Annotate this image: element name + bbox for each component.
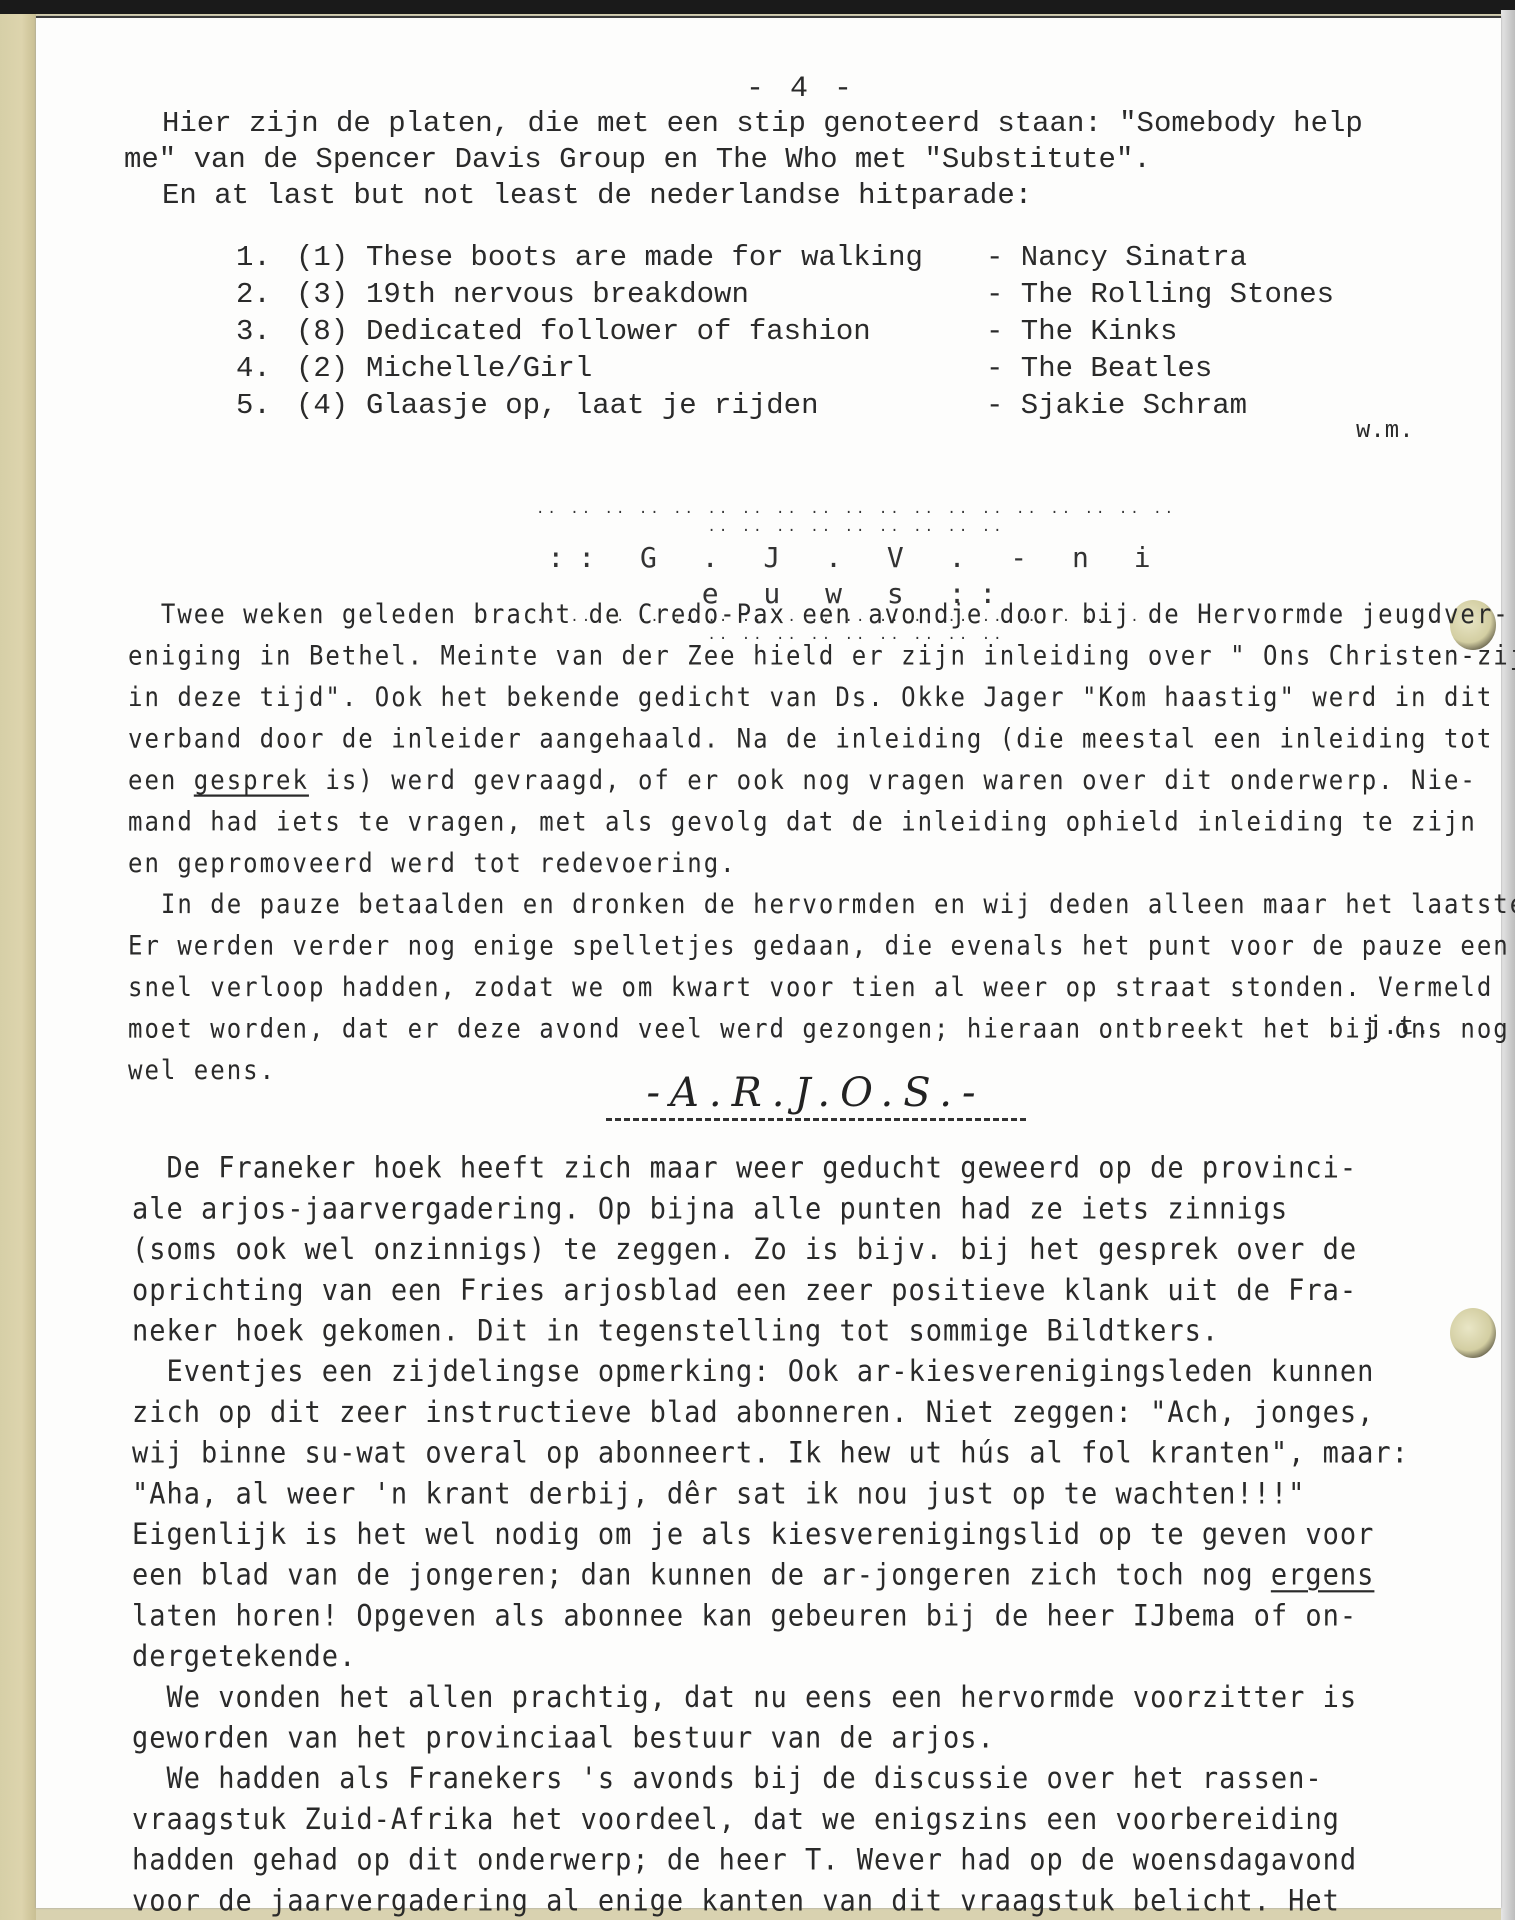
scan-top-edge (0, 0, 1515, 14)
article-line: moet worden, dat er deze avond veel werd… (128, 1008, 1508, 1049)
intro-line: me" van de Spencer Davis Group en The Wh… (124, 142, 1484, 178)
article-line: Twee weken geleden bracht de Credo-Pax e… (128, 594, 1508, 635)
underlined-word: gesprek (194, 764, 309, 795)
article-line: Er werden verder nog enige spelletjes ge… (128, 926, 1508, 967)
underlined-word: ergens (1271, 1558, 1375, 1592)
article-line: voor de jaarvergadering al enige kanten … (132, 1881, 1512, 1920)
entry-artist: - Sjakie Schram (986, 388, 1247, 424)
entry-artist: - The Beatles (986, 351, 1212, 387)
scan-left-edge (0, 14, 36, 1920)
arjos-heading-box: -A.R.J.O.S.- (576, 1070, 1056, 1121)
article-line: eniging in Bethel. Meinte van der Zee hi… (128, 635, 1508, 676)
article-line: In de pauze betaalden en dronken de herv… (128, 884, 1508, 925)
signature-jt: j.t. (1366, 1010, 1431, 1046)
entry-rank: 2. (236, 277, 296, 313)
entry-artist: - The Rolling Stones (986, 277, 1334, 313)
article-line: verband door de inleider aangehaald. Na … (128, 718, 1508, 759)
entry-previous-rank: (2) (296, 351, 366, 387)
entry-previous-rank: (3) (296, 277, 366, 313)
article-line: Eventjes een zijdelingse opmerking: Ook … (132, 1352, 1512, 1393)
article-line: zich op dit zeer instructieve blad abonn… (132, 1392, 1512, 1433)
hitparade-entry: 3.(8)Dedicated follower of fashion- The … (236, 314, 1334, 351)
article-line: een blad van de jongeren; dan kunnen de … (132, 1555, 1512, 1596)
article-line: en gepromoveerd werd tot redevoering. (128, 843, 1508, 884)
intro-line: Hier zijn de platen, die met een stip ge… (124, 106, 1484, 142)
article-line: De Franeker hoek heeft zich maar weer ge… (132, 1148, 1512, 1189)
hitparade-entry: 2.(3)19th nervous breakdown- The Rolling… (236, 277, 1334, 314)
entry-rank: 4. (236, 351, 296, 387)
document-page: - 4 - Hier zijn de platen, die met een s… (36, 16, 1501, 1908)
article-line: Eigenlijk is het wel nodig om je als kie… (132, 1514, 1512, 1555)
article-line: hadden gehad op dit onderwerp; de heer T… (132, 1840, 1512, 1881)
intro-line: En at last but not least de nederlandse … (124, 178, 1484, 214)
entry-title: Michelle/Girl (366, 351, 986, 387)
entry-title: Dedicated follower of fashion (366, 314, 986, 350)
dashed-underline (606, 1116, 1026, 1121)
entry-previous-rank: (8) (296, 314, 366, 350)
article-line: (soms ook wel onzinnigs) te zeggen. Zo i… (132, 1229, 1512, 1270)
article-line: neker hoek gekomen. Dit in tegenstelling… (132, 1311, 1512, 1352)
article-line: geworden van het provinciaal bestuur van… (132, 1718, 1512, 1759)
hitparade-list: 1.(1)These boots are made for walking- N… (236, 240, 1334, 425)
hitparade-entry: 1.(1)These boots are made for walking- N… (236, 240, 1334, 277)
entry-title: Glaasje op, laat je rijden (366, 388, 986, 424)
hitparade-intro: Hier zijn de platen, die met een stip ge… (124, 106, 1484, 214)
entry-previous-rank: (1) (296, 240, 366, 276)
entry-title: These boots are made for walking (366, 240, 986, 276)
article-line: wij binne su-wat overal op abonneert. Ik… (132, 1433, 1512, 1474)
hitparade-entry: 5.(4)Glaasje op, laat je rijden- Sjakie … (236, 388, 1334, 425)
signature-wm: w.m. (1356, 414, 1414, 450)
hitparade-entry: 4.(2)Michelle/Girl- The Beatles (236, 351, 1334, 388)
article-line: oprichting van een Fries arjosblad een z… (132, 1270, 1512, 1311)
entry-rank: 3. (236, 314, 296, 350)
entry-artist: - Nancy Sinatra (986, 240, 1247, 276)
arjos-article: De Franeker hoek heeft zich maar weer ge… (132, 1148, 1512, 1920)
entry-rank: 1. (236, 240, 296, 276)
article-line: ale arjos-jaarvergadering. Op bijna alle… (132, 1189, 1512, 1230)
article-line: We vonden het allen prachtig, dat nu een… (132, 1677, 1512, 1718)
arjos-heading: -A.R.J.O.S.- (576, 1070, 1056, 1116)
gjv-article: Twee weken geleden bracht de Credo-Pax e… (128, 594, 1508, 1091)
dotted-border: ·· ·· ·· ·· ·· ·· ·· ·· ·· ·· ·· ·· ·· ·… (526, 504, 1186, 540)
article-line: vraagstuk Zuid-Afrika het voordeel, dat … (132, 1799, 1512, 1840)
article-line: "Aha, al weer 'n krant derbij, dêr sat i… (132, 1474, 1512, 1515)
article-line: snel verloop hadden, zodat we om kwart v… (128, 967, 1508, 1008)
article-line: laten horen! Opgeven als abonnee kan geb… (132, 1596, 1512, 1637)
page-number: - 4 - (36, 72, 1515, 106)
article-line: mand had iets te vragen, met als gevolg … (128, 801, 1508, 842)
article-line: een gesprek is) werd gevraagd, of er ook… (128, 760, 1508, 801)
entry-artist: - The Kinks (986, 314, 1177, 350)
article-line: dergetekende. (132, 1636, 1512, 1677)
entry-rank: 5. (236, 388, 296, 424)
entry-title: 19th nervous breakdown (366, 277, 986, 313)
article-line: in deze tijd". Ook het bekende gedicht v… (128, 677, 1508, 718)
entry-previous-rank: (4) (296, 388, 366, 424)
article-line: We hadden als Franekers 's avonds bij de… (132, 1759, 1512, 1800)
